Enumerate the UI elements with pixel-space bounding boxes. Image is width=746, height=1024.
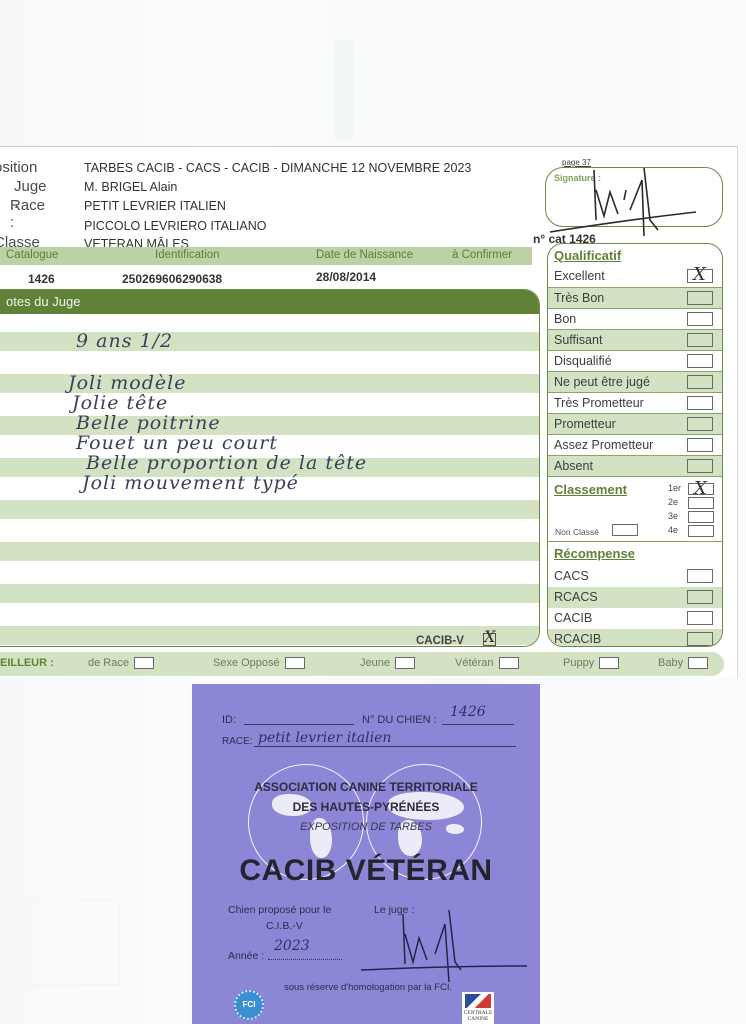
qualificatif-option[interactable]: ExcellentX [548,266,722,287]
qualificatif-checkbox[interactable] [687,396,713,410]
cacib-veteran-card: ID: N° DU CHIEN : 1426 RACE: petit levri… [192,684,540,1024]
centrale-canine-text: CENTRALE CANINE [462,1010,494,1022]
meilleur-label: EILLEUR : [0,657,54,669]
note-line: Joli modèle [68,372,186,394]
cell-date-naissance: 28/08/2014 [316,270,376,284]
qualificatif-option-label: Très Prometteur [554,396,644,410]
meilleur-checkbox[interactable] [688,657,708,669]
recompense-option-label: CACIB [554,611,592,625]
meilleur-checkbox[interactable] [599,657,619,669]
card-chien-label: N° DU CHIEN : [362,714,437,726]
qualificatif-checkbox[interactable] [687,312,713,326]
scan-artifact [335,40,353,140]
note-line: Fouet un peu court [76,432,278,454]
meilleur-option-label: Baby [658,657,683,669]
col-date-naissance: Date de Naissance [316,249,413,261]
meilleur-checkbox[interactable] [285,657,305,669]
qualificatif-option[interactable]: Bon [548,308,722,329]
qualificatif-checkbox[interactable] [687,417,713,431]
qualificatif-checkbox[interactable]: X [687,269,713,283]
classement-rank-label: 2e [668,497,678,507]
meilleur-option[interactable]: Baby [658,657,708,669]
qualificatif-option-label: Très Bon [554,291,604,305]
recompense-option-label: CACS [554,569,589,583]
bleed-through-artifact [30,900,120,985]
meilleur-option-label: Jeune [360,657,390,669]
qualificatif-option[interactable]: Suffisant [548,329,722,350]
divider [548,541,722,542]
org-name-line1: ASSOCIATION CANINE TERRITORIALE [192,780,540,794]
non-classe-label: Non Classé [555,527,599,537]
race-value-it: PICCOLO LEVRIERO ITALIANO [84,219,266,233]
qualificatif-option[interactable]: Assez Prometteur [548,434,722,455]
meilleur-option[interactable]: Puppy [563,657,619,669]
divider [548,476,722,477]
qualificatif-option[interactable]: Ne peut être jugé [548,371,722,392]
card-title: CACIB VÉTÉRAN [192,854,540,888]
columns-header: Catalogue Identification Date de Naissan… [0,247,532,265]
meilleur-checkbox[interactable] [499,657,519,669]
centrale-canine-logo: CENTRALE CANINE [462,992,494,1024]
year-value: 2023 [274,938,310,954]
col-identification: Identification [155,249,220,261]
qualificatif-option-label: Disqualifié [554,354,612,368]
signature-box: Signature : [545,167,723,227]
classement-rank-label: 4e [668,525,678,535]
qualificatif-option-label: Bon [554,312,576,326]
recompense-checkbox[interactable] [687,590,713,604]
qualificatif-option[interactable]: Très Prometteur [548,392,722,413]
qualificatif-option-label: Ne peut être jugé [554,375,650,389]
note-line: Joli mouvement typé [82,472,299,494]
recompense-option-label: RCACS [554,590,598,604]
recompense-title: Récompense [554,546,635,561]
meilleur-checkbox[interactable] [134,657,154,669]
meilleur-option-label: de Race [88,657,129,669]
col-a-confirmer: à Confirmer [452,249,512,261]
exposition-value: TARBES CACIB - CACS - CACIB - DIMANCHE 1… [84,161,471,175]
judge-critique-sheet: osition : TARBES CACIB - CACS - CACIB - … [0,146,738,678]
race-label: Race : [10,197,45,231]
meilleur-checkbox[interactable] [395,657,415,669]
year-field[interactable] [268,959,342,960]
note-line: Belle poitrine [76,412,221,434]
centrale-canine-flag-icon [465,994,491,1008]
qualificatif-checkbox[interactable] [687,459,713,473]
qualificatif-option-label: Prometteur [554,417,616,431]
exposition-name: EXPOSITION DE TARBES [192,821,540,833]
check-mark-icon: X [484,627,495,646]
card-race-field[interactable] [254,746,516,747]
classement-checkbox[interactable]: X [688,483,714,495]
ruled-stripe [0,542,539,561]
meilleur-option-label: Puppy [563,657,594,669]
qualificatif-option-label: Absent [554,459,593,473]
note-line: Belle proportion de la tête [86,452,367,474]
meilleur-option[interactable]: Jeune [360,657,415,669]
homologation-disclaimer: sous réserve d'homologation par la FCI. [284,982,452,993]
recompense-option-label: RCACIB [554,632,601,646]
check-mark-icon: X [693,264,706,285]
card-judge-signature [357,904,537,984]
meilleur-bar: EILLEUR : de RaceSexe OpposéJeuneVétéran… [0,652,724,676]
race-value-fr: PETIT LEVRIER ITALIEN [84,199,226,213]
ruled-stripe [0,500,539,519]
qualificatif-option[interactable]: Disqualifié [548,350,722,371]
qualificatif-checkbox[interactable] [687,333,713,347]
proposed-line2: C.I.B.-V [266,920,303,932]
qualificatif-checkbox[interactable] [687,354,713,368]
judge-signature [546,150,724,240]
card-chien-field[interactable] [442,724,514,725]
non-classe-checkbox[interactable] [612,524,638,536]
card-id-field[interactable] [244,724,354,725]
judge-notes-box: otes du Juge 9 ans 1/2 Joli modèle Jolie… [0,289,540,647]
recompense-option[interactable]: CACS [548,566,722,587]
recompense-checkbox[interactable] [687,611,713,625]
meilleur-option[interactable]: de Race [88,657,154,669]
qualificatif-checkbox[interactable] [687,438,713,452]
ruled-stripe [0,584,539,603]
check-mark-icon: X [694,478,707,499]
qualificatif-option[interactable]: Absent [548,455,722,476]
col-catalogue: Catalogue [6,249,58,261]
org-name-line2: DES HAUTES-PYRÉNÉES [192,800,540,814]
classement-checkbox[interactable] [688,497,714,509]
qualificatif-option[interactable]: Prometteur [548,413,722,434]
year-label: Année : [228,950,264,962]
qualificatif-option-label: Assez Prometteur [554,438,653,452]
card-race-label: RACE: [222,736,253,747]
classement-checkbox[interactable] [688,525,714,537]
meilleur-option-label: Sexe Opposé [213,657,280,669]
card-chien-value: 1426 [450,704,486,720]
qualificatif-panel: Qualificatif ExcellentXTrès BonBonSuffis… [547,243,723,647]
classement-checkbox[interactable] [688,511,714,523]
recompense-option[interactable]: RCACS [548,587,722,608]
card-id-label: ID: [222,714,236,726]
fci-logo: FCI [234,990,264,1020]
qualificatif-option-label: Excellent [554,269,605,283]
cell-catalogue: 1426 [28,272,55,286]
note-line: Jolie tête [72,392,168,414]
card-race-value: petit levrier italien [258,730,391,746]
meilleur-option-label: Vétéran [455,657,494,669]
qualificatif-option-label: Suffisant [554,333,602,347]
classement-rank-label: 1er [668,483,681,493]
cacib-v-label: CACIB-V [416,635,464,647]
qualificatif-checkbox[interactable] [687,375,713,389]
proposed-line1: Chien proposé pour le [228,904,331,916]
recompense-option[interactable]: CACIB [548,608,722,629]
classement-rank-label: 3e [668,511,678,521]
qualificatif-option[interactable]: Très Bon [548,287,722,308]
classement-title: Classement [554,482,627,497]
cell-identification: 250269606290638 [122,272,222,286]
notes-title: otes du Juge [0,290,539,314]
recompense-checkbox[interactable] [687,632,713,646]
meilleur-option[interactable]: Vétéran [455,657,519,669]
cacib-v-checkbox[interactable]: X [483,633,496,646]
note-line: 9 ans 1/2 [76,330,173,352]
meilleur-option[interactable]: Sexe Opposé [213,657,305,669]
juge-value: M. BRIGEL Alain [84,180,177,194]
qualificatif-title: Qualificatif [554,248,621,263]
recompense-option[interactable]: RCACIB [548,629,722,647]
qualificatif-checkbox[interactable] [687,291,713,305]
recompense-checkbox[interactable] [687,569,713,583]
